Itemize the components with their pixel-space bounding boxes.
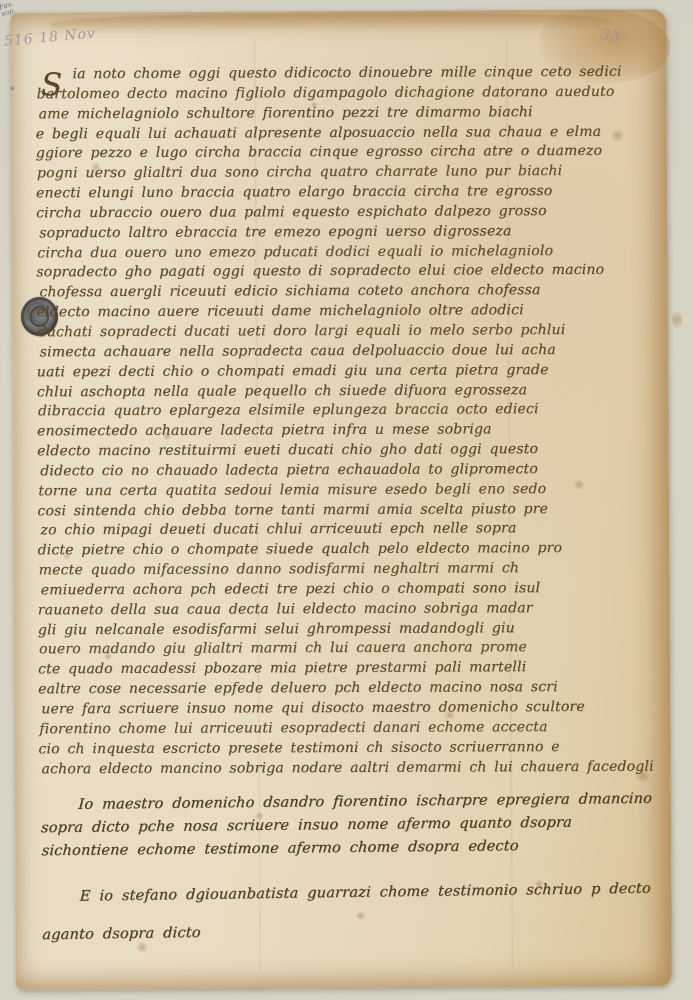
manuscript-line: gli giu nelcanale esodisfarmi selui ghro… <box>38 618 648 641</box>
manuscript-line: mecte quado mifacessino danno sodisfarmi… <box>38 559 648 582</box>
manuscript-line: dicte pietre chio o chompate siuede qual… <box>38 539 648 562</box>
ink-dot <box>10 86 15 91</box>
manuscript-line: simecta achauare nella sopradecta caua d… <box>37 340 647 363</box>
foxing-stains <box>10 9 666 13</box>
manuscript-line: cte quado macadessi pbozare mia pietre p… <box>38 658 648 681</box>
manuscript-line: emiuederra achora pch edecti tre pezi ch… <box>38 579 648 602</box>
manuscript-line: didecto cio no chauado ladecta pietra ec… <box>37 460 647 483</box>
page-number: 33 <box>600 27 621 45</box>
manuscript-line: torne una certa quatita sedoui lemia mis… <box>37 479 647 502</box>
manuscript-line: uere fara scriuere insuo nome qui disoct… <box>38 698 648 721</box>
top-edge-stain <box>50 11 610 36</box>
manuscript-line: pogni uerso glialtri dua sono circha qua… <box>36 162 646 185</box>
manuscript-line: zo chio mipagi deueti ducati chlui arric… <box>37 519 647 542</box>
manuscript-line: cosi sintenda chio debba torne tanti mar… <box>37 499 647 522</box>
manuscript-line: achora eldecto mancino sobriga nodare aa… <box>38 757 648 780</box>
manuscript-line: eldecto macino restituirmi eueti ducati … <box>37 440 647 463</box>
witness-signature-block-2: E io stefano dgiouanbatista guarrazi cho… <box>41 870 644 954</box>
manuscript-line: chlui aschopta nella quale pequello ch s… <box>37 380 647 403</box>
manuscript-line: bartolomeo decto macino figliolo digampa… <box>36 83 646 106</box>
manuscript-line: dibraccia quatro eplargeza elsimile eplu… <box>37 400 647 423</box>
manuscript-line: circha ubraccio ouero dua palmi equesto … <box>36 202 646 225</box>
manuscript-line: ia noto chome oggi questo didicocto dino… <box>35 63 645 86</box>
manuscript-line: circha dua ouero uno emezo pducati dodic… <box>36 241 646 264</box>
manuscript-line: sopradecto gho pagati oggi questo di sop… <box>36 261 646 284</box>
manuscript-line: enosimectedo achauare ladecta pietra inf… <box>37 420 647 443</box>
manuscript-line: fiorentino chome lui arriceuuti esoprade… <box>38 718 648 741</box>
manuscript-line: rauaneto della sua caua decta lui eldect… <box>38 598 648 621</box>
manuscript-line: uati epezi decti chio o chompati emadi g… <box>37 360 647 383</box>
manuscript-line: enecti elungi luno braccia quatro elargo… <box>36 182 646 205</box>
manuscript-line: cio ch inquesta escricto presete testimo… <box>38 737 648 760</box>
manuscript-line: sopraducto laltro ebraccia tre emezo epo… <box>36 221 646 244</box>
manuscript-line: eldecto macino auere riceuuti dame miche… <box>36 301 646 324</box>
manuscript-line: ggiore pezzo e lugo circha braccia cinqu… <box>36 142 646 165</box>
manuscript-line: e begli equali lui achauati alpresente a… <box>36 122 646 145</box>
manuscript-line: ealtre cose necessarie epfede deluero pc… <box>38 678 648 701</box>
manuscript-line: ouero madando giu glialtri marmi ch lui … <box>38 638 648 661</box>
witness-signature-block-1: Io maestro domenicho dsandro fiorentino … <box>38 788 658 863</box>
manuscript-line: ame michelagniolo schultore fiorentino p… <box>36 102 646 125</box>
manuscript-line: duchati sopradecti ducati ueti doro larg… <box>37 321 647 344</box>
main-text-block: ia noto chome oggi questo didicocto dino… <box>35 63 648 780</box>
manuscript-line: chofessa auergli riceuuti edicio sichiam… <box>36 281 646 304</box>
